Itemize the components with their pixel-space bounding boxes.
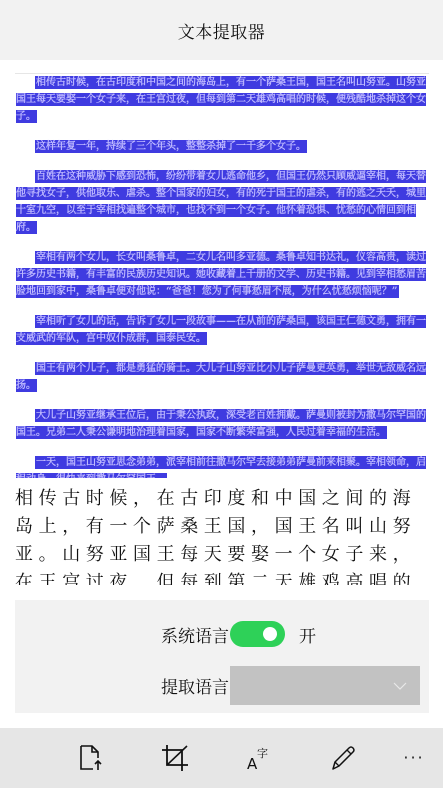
chevron-down-icon (392, 678, 408, 694)
translate-button[interactable]: A 字 (241, 740, 277, 776)
settings-panel: 系统语言 开 提取语言 (15, 600, 429, 713)
scan-paragraph: 大儿子山努亚继承王位后，由于秉公执政，深受老百姓拥戴。萨曼则被封为撒马尔罕国的国… (15, 407, 429, 441)
extract-language-row: 提取语言 (15, 665, 429, 705)
scan-paragraph: 宰相听了女儿的话，告诉了女儿一段故事——在从前的萨桑国，该国王仁德文勇，拥有一支… (15, 313, 429, 347)
extract-language-dropdown[interactable] (230, 666, 420, 705)
scan-paragraph: 宰相有两个女儿，长女叫桑鲁卓，二女儿名叫多亚德。桑鲁卓知书达礼，仪容高贵，读过许… (15, 249, 429, 300)
extracted-text[interactable]: 相传古时候，在古印度和中国之间的海岛上，有一个萨桑王国，国王名叫山努亚。山努亚国… (15, 485, 429, 585)
more-button[interactable]: ··· (396, 740, 432, 776)
text-extractor-app: 文本提取器 相传古时候，在古印度和中国之间的海岛上，有一个萨桑王国，国王名叫山努… (0, 0, 443, 788)
crop-button[interactable] (157, 740, 193, 776)
scan-paragraph: 这样年复一年，持续了三个年头，整整杀掉了一千多个女子。 (15, 138, 429, 155)
toggle-state-label: 开 (299, 622, 316, 647)
extract-language-label: 提取语言 (161, 673, 229, 698)
toggle-knob (263, 627, 277, 641)
app-title: 文本提取器 (178, 18, 266, 43)
scan-paragraph: 国王有两个儿子，都是勇猛的骑士。大儿子山努亚比小儿子萨曼更英勇，举世无敌威名远扬… (15, 360, 429, 394)
more-icon: ··· (403, 750, 424, 766)
translate-icon: A 字 (245, 744, 273, 772)
system-language-label: 系统语言 (161, 622, 229, 647)
system-language-row: 系统语言 开 (15, 614, 429, 654)
command-bar: A 字 ··· (0, 728, 443, 788)
extracted-text-area[interactable]: 相传古时候，在古印度和中国之间的海岛上，有一个萨桑王国，国王名叫山努亚。山努亚国… (15, 485, 429, 585)
edit-button[interactable] (325, 740, 361, 776)
crop-icon (161, 744, 189, 772)
scan-paragraph: 一天，国王山努亚思念弟弟，派宰相前往撒马尔罕去接弟弟萨曼前来相聚。宰相领命，启程… (15, 454, 429, 478)
title-bar: 文本提取器 (0, 0, 443, 60)
scanned-image-preview[interactable]: 相传古时候，在古印度和中国之间的海岛上，有一个萨桑王国，国王名叫山努亚。山努亚国… (15, 73, 429, 478)
open-file-icon (78, 744, 104, 772)
scan-paragraph: 相传古时候，在古印度和中国之间的海岛上，有一个萨桑王国，国王名叫山努亚。山努亚国… (15, 74, 429, 125)
edit-pencil-icon (329, 744, 357, 772)
system-language-toggle[interactable] (230, 621, 285, 647)
svg-text:字: 字 (257, 747, 268, 760)
open-file-button[interactable] (73, 740, 109, 776)
scan-paragraph: 百姓在这种威胁下感到恐怖，纷纷带着女儿逃命他乡，但国王仍然只顾威逼宰相，每天替他… (15, 168, 429, 236)
